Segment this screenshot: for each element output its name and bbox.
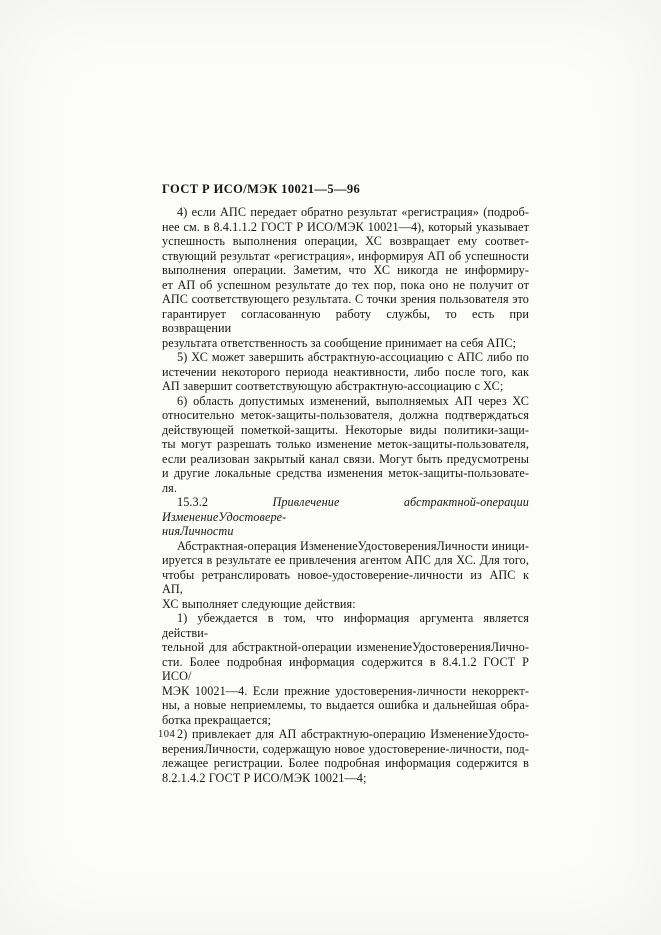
text-line: ствующий результат «регистрация», информ… xyxy=(162,249,529,264)
text-line: результата ответственность за сообщение … xyxy=(162,336,529,351)
text-line: ля. xyxy=(162,481,529,496)
text-line: ны, а новые неприемлемы, то выдается оши… xyxy=(162,698,529,713)
text-line: ет АП об успешном результате до тех пор,… xyxy=(162,278,529,293)
document-body: 4) если АПС передает обратно результат «… xyxy=(162,205,529,785)
text-line: успешность выполнения операции, ХС возвр… xyxy=(162,234,529,249)
text-line: 5) ХС может завершить абстрактную-ассоци… xyxy=(162,350,529,365)
text-line: 1) убеждается в том, что информация аргу… xyxy=(162,611,529,640)
page-number: 104 xyxy=(158,729,175,740)
text-line: Абстрактная-операция ИзменениеУдостовере… xyxy=(162,539,529,554)
text-line: АП завершит соответствующую абстрактную-… xyxy=(162,379,529,394)
text-line: выполнения операции. Заметим, что ХС ник… xyxy=(162,263,529,278)
text-line: сти. Более подробная информация содержит… xyxy=(162,655,529,684)
text-line: АПС соответствующего результата. С точки… xyxy=(162,292,529,307)
text-line: истечении некоторого периода неактивност… xyxy=(162,365,529,380)
section-number: 15.3.2 xyxy=(177,495,272,509)
text-line: лежащее регистрации. Более подробная инф… xyxy=(162,756,529,771)
text-line: гарантирует согласованную работу службы,… xyxy=(162,307,529,336)
text-line: и другие локальные средства изменения ме… xyxy=(162,466,529,481)
text-line: ты могут разрешать только изменение мето… xyxy=(162,437,529,452)
section-heading-line: нияЛичности xyxy=(162,524,529,539)
text-line: 8.2.1.4.2 ГОСТ Р ИСО/МЭК 10021—4; xyxy=(162,771,529,786)
text-line: нее см. в 8.4.1.1.2 ГОСТ Р ИСО/МЭК 10021… xyxy=(162,220,529,235)
text-line: чтобы ретранслировать новое-удостоверени… xyxy=(162,568,529,597)
text-line: веренияЛичности, содержащую новое удосто… xyxy=(162,742,529,757)
running-header: ГОСТ Р ИСО/МЭК 10021—5—96 xyxy=(162,182,360,197)
scanned-document-page: ГОСТ Р ИСО/МЭК 10021—5—96 4) если АПС пе… xyxy=(0,0,661,935)
text-line: ХС выполняет следующие действия: xyxy=(162,597,529,612)
text-line: 6) область допустимых изменений, выполня… xyxy=(162,394,529,409)
text-line: МЭК 10021—4. Если прежние удостоверения-… xyxy=(162,684,529,699)
text-line: действующей пометкой-защиты. Некоторые в… xyxy=(162,423,529,438)
text-line: тельной для абстрактной-операции изменен… xyxy=(162,640,529,655)
text-line: ботка прекращается; xyxy=(162,713,529,728)
text-line: ируется в результате ее привлечения аген… xyxy=(162,553,529,568)
text-line: если реализован закрытый канал связи. Мо… xyxy=(162,452,529,467)
section-heading-line: 15.3.2 Привлечение абстрактной-операции … xyxy=(162,495,529,524)
text-line: 4) если АПС передает обратно результат «… xyxy=(162,205,529,220)
text-line: относительно меток-защиты-пользователя, … xyxy=(162,408,529,423)
text-line: 2) привлекает для АП абстрактную-операци… xyxy=(162,727,529,742)
